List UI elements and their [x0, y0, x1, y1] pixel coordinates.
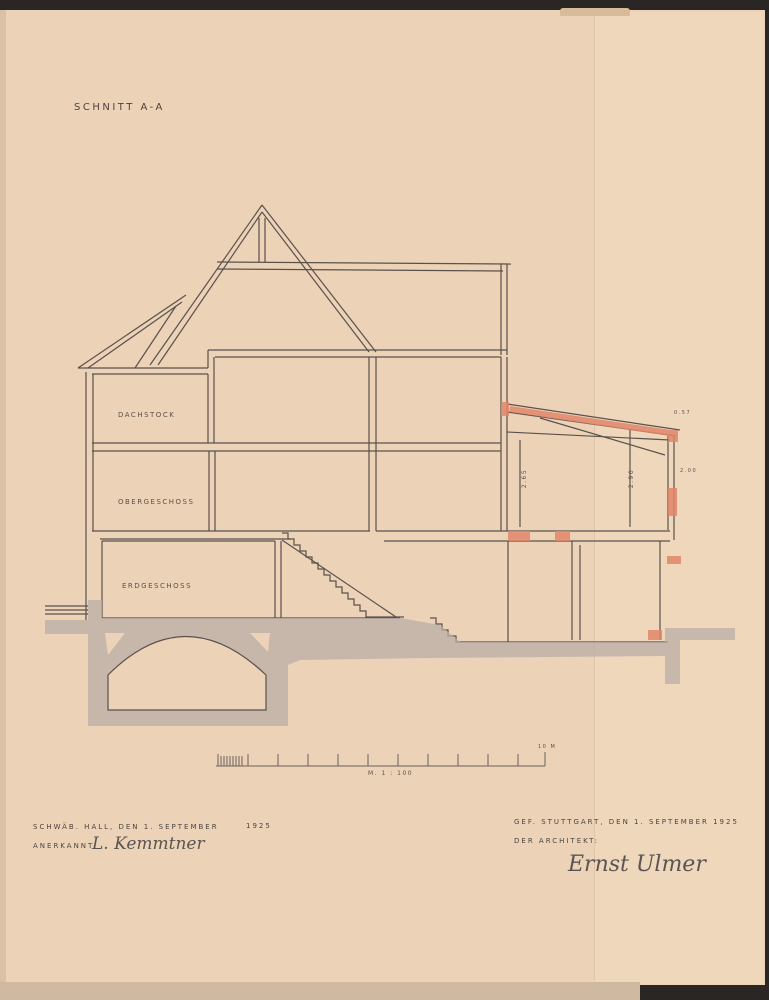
place-date-right: GEF. STUTTGART, DEN 1. SEPTEMBER 1925 — [514, 818, 739, 826]
approval-signature: L. Kemmtner — [92, 834, 205, 854]
dimension-eave: 0.57 — [674, 410, 691, 416]
scale-caption: M. 1 : 100 — [368, 770, 413, 777]
year-left: 1925 — [246, 822, 272, 830]
scale-end-label: 10 M — [538, 744, 556, 750]
architect-signature: Ernst Ulmer — [568, 852, 706, 877]
approval-label: ANERKANNT: — [33, 842, 98, 850]
room-label-erdgeschoss: ERDGESCHOSS — [122, 582, 192, 590]
room-label-obergeschoss: OBERGESCHOSS — [118, 498, 194, 506]
architect-label: DER ARCHITEKT: — [514, 837, 599, 845]
place-date-left: SCHWÄB. HALL, DEN 1. SEPTEMBER — [33, 823, 219, 831]
staircase — [282, 533, 404, 617]
dimension-side: 2.00 — [680, 468, 697, 474]
room-label-dachstock: DACHSTOCK — [118, 411, 175, 419]
brick-elements — [501, 402, 681, 640]
dimension-left-height: 2.65 — [521, 469, 528, 488]
scale-bar-graphic — [216, 752, 545, 766]
dimension-right-height: 2.90 — [628, 469, 635, 488]
floor-slabs — [78, 350, 670, 541]
roof-truss — [78, 205, 511, 368]
